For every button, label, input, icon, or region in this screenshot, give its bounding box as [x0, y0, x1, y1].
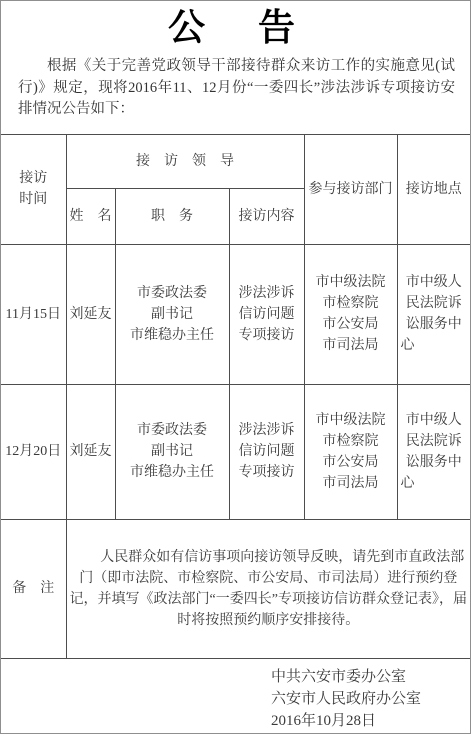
- signature-date: 2016年10月28日: [271, 710, 421, 732]
- signature-block: 中共六安市委办公室 六安市人民政府办公室 2016年10月28日: [271, 666, 421, 732]
- cell-departments: 市中级法院 市检察院 市公安局 市司法局: [304, 384, 397, 519]
- col-header-name: 姓 名: [66, 188, 115, 244]
- cell-content: 涉法涉诉 信访问题 专项接访: [229, 384, 304, 519]
- cell-time: 12月20日: [1, 384, 66, 519]
- col-header-leader-group: 接 访 领 导: [66, 134, 304, 188]
- col-header-duty: 职 务: [115, 188, 229, 244]
- cell-duty: 市委政法委 副书记 市维稳办主任: [115, 244, 229, 384]
- page-title: 公 告: [1, 7, 470, 49]
- remark-label: 备 注: [1, 519, 66, 658]
- table-row: 12月20日 刘延友 市委政法委 副书记 市维稳办主任 涉法涉诉 信访问题 专项…: [1, 384, 470, 519]
- cell-departments: 市中级法院 市检察院 市公安局 市司法局: [304, 244, 397, 384]
- cell-content: 涉法涉诉 信访问题 专项接访: [229, 244, 304, 384]
- cell-location: 市中级人民法院诉讼服务中心: [397, 244, 470, 384]
- signature-org-1: 中共六安市委办公室: [271, 666, 421, 688]
- col-header-departments: 参与接访部门: [304, 134, 397, 244]
- col-header-location: 接访地点: [397, 134, 470, 244]
- signature-org-2: 六安市人民政府办公室: [271, 688, 421, 710]
- col-header-time: 接访 时间: [1, 134, 66, 244]
- remark-text: 人民群众如有信访事项向接访领导反映，请先到市直政法部门（即市法院、市检察院、市公…: [66, 519, 470, 658]
- header-row-1: 接访 时间 接 访 领 导 参与接访部门 接访地点: [1, 134, 470, 188]
- cell-location: 市中级人民法院诉讼服务中心: [397, 384, 470, 519]
- announcement-page: 公 告 根据《关于完善党政领导干部接待群众来访工作的实施意见(试行)》规定，现将…: [0, 0, 471, 734]
- cell-duty: 市委政法委 副书记 市维稳办主任: [115, 384, 229, 519]
- cell-name: 刘延友: [66, 244, 115, 384]
- cell-name: 刘延友: [66, 384, 115, 519]
- cell-time: 11月15日: [1, 244, 66, 384]
- intro-paragraph: 根据《关于完善党政领导干部接待群众来访工作的实施意见(试行)》规定，现将2016…: [18, 56, 455, 121]
- remark-row: 备 注 人民群众如有信访事项向接访领导反映，请先到市直政法部门（即市法院、市检察…: [1, 519, 470, 658]
- table-row: 11月15日 刘延友 市委政法委 副书记 市维稳办主任 涉法涉诉 信访问题 专项…: [1, 244, 470, 384]
- reception-schedule-table: 接访 时间 接 访 领 导 参与接访部门 接访地点 姓 名 职 务 接访内容 1…: [1, 134, 470, 659]
- col-header-content: 接访内容: [229, 188, 304, 244]
